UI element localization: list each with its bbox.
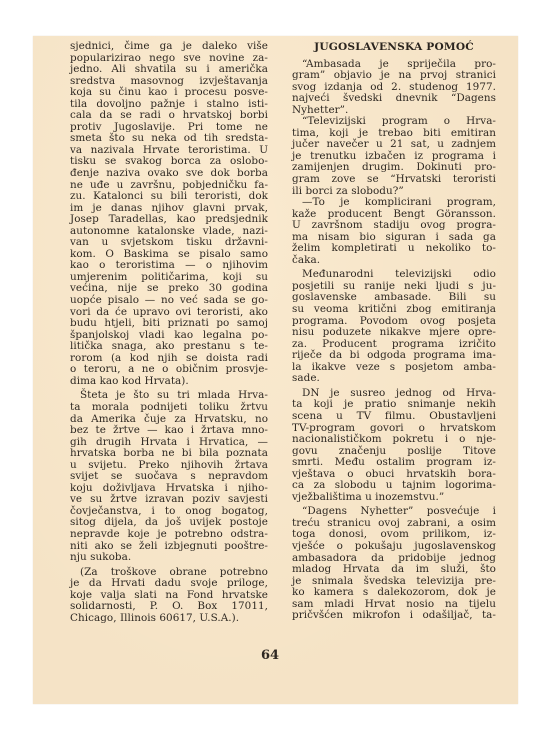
text-line: đenje naziva ovako sve dok borba (70, 168, 268, 180)
paragraph: (Za troškove obrane potrebnoje da Hrvati… (70, 567, 268, 625)
text-line: vježbalištima u inozemstvu.” (292, 492, 496, 504)
left-column: sjednici, čime ga je daleko višepopulari… (70, 41, 268, 627)
text-line: pričvšćen mikrofon i odašiljač, ta- (292, 610, 496, 622)
text-line: nacionalističkom pokretu i o nje- (292, 434, 496, 446)
text-line: čaka. (292, 255, 496, 267)
paragraph: sjednici, čime ga je daleko višepopulari… (70, 41, 268, 387)
text-line: scena u TV filmu. Obustavljeni (292, 411, 496, 423)
text-line: gram” objavio je na prvoj stranici (292, 70, 496, 82)
paragraph: Međunarodni televizijski odioposjetili s… (292, 269, 496, 384)
paragraph: Šteta je što su tri mlada Hrva-ta morala… (70, 390, 268, 563)
text-line: želim kompletirati u nekoliko to- (292, 243, 496, 255)
text-line: zu. Katalonci su bili teroristi, dok (70, 191, 268, 203)
text-line: nju sukoba. (70, 552, 268, 564)
text-line: Chicago, Illinois 60617, U.S.A.). (70, 613, 268, 625)
text-line: la ikakve veze s posjetom amba- (292, 362, 496, 374)
paragraph: DN je susreo jednog od Hrva-ta koji je p… (292, 388, 496, 503)
text-line: bez te žrtve — kao i žrtava mno- (70, 425, 268, 437)
text-line: sade. (292, 373, 496, 385)
text-line: su veoma kritični zbog emitiranja (292, 304, 496, 316)
magazine-page: sjednici, čime ga je daleko višepopulari… (33, 36, 518, 704)
page-number: 64 (261, 648, 279, 663)
text-line: nepravde koje je potrebno odstra- (70, 529, 268, 541)
text-line: je da Hrvati dadu svoje priloge, (70, 578, 268, 590)
paragraph: “Dagens Nyhetter” posvećuje itreću stran… (292, 506, 496, 621)
text-line: mladog Hrvata da im služi, što (292, 564, 496, 576)
paragraph: “Ambasada je spriječila pro-gram” objavi… (292, 59, 496, 117)
text-line: ko kamera s dalekozorom, dok je (292, 587, 496, 599)
text-line: ta morala podnijeti toliku žrtvu (70, 402, 268, 414)
paragraph: “Televizijski program o Hrva-tima, koji … (292, 116, 496, 197)
text-line: gram zove se “Hrvatski teroristi (292, 174, 496, 186)
text-line: najveći švedski dnevnik “Dagens (292, 93, 496, 105)
right-column: JUGOSLAVENSKA POMOĆ “Ambasada je spriječ… (292, 41, 496, 625)
text-line: jedno. Ali shvatila su i američka (70, 64, 268, 76)
text-line: nisu poduzete nikakve mjere opre- (292, 327, 496, 339)
text-line: hrvatska borba ne bi bila poznata (70, 448, 268, 460)
text-line: koja su činu kao i procesu posve- (70, 87, 268, 99)
text-line: sjednici, čime ga je daleko više (70, 41, 268, 53)
text-line: —To je komplicirani program, (292, 197, 496, 209)
text-line: smrti. Među ostalim program iz- (292, 457, 496, 469)
text-line: dima kao kod Hrvata). (70, 376, 268, 388)
text-line: vješće o pokušaju jugoslavenskog (292, 541, 496, 553)
text-line: budu htjeli, biti priznati po samoj (70, 318, 268, 330)
text-line: uopće pisalo — no već sada se go- (70, 295, 268, 307)
paragraph: —To je komplicirani program,kaže produce… (292, 197, 496, 266)
section-heading: JUGOSLAVENSKA POMOĆ (292, 42, 496, 54)
